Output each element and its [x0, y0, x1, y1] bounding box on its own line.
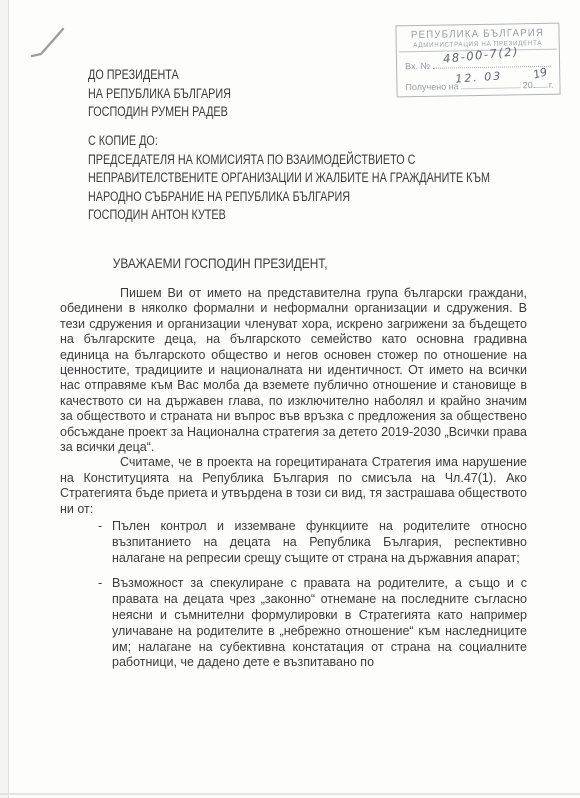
bullet-list: - Пълен контрол и изземване функциите на…	[60, 519, 527, 671]
intake-stamp: РЕПУБЛИКА БЪЛГАРИЯ АДМИНИСТРАЦИЯ НА ПРЕЗ…	[395, 23, 560, 98]
copy-to-line: С КОПИЕ ДО:	[88, 132, 490, 151]
recipient-line: ГОСПОДИН РУМЕН РАДЕВ	[88, 103, 231, 122]
stamp-entry-dotted-line	[433, 65, 551, 69]
bullet-dash: -	[98, 576, 102, 592]
scan-left-margin	[0, 0, 8, 798]
bullet-dash: -	[98, 519, 102, 535]
stamp-received-row: Получено на 20 г. 12. 03 19	[397, 71, 559, 95]
letter-body: Пишем Ви от името на представителна груп…	[60, 286, 527, 671]
stamp-entry-no-label: Вх. №	[405, 61, 430, 71]
stamp-org-line2: АДМИНИСТРАЦИЯ НА ПРЕЗИДЕНТА	[403, 40, 553, 50]
body-paragraph-2: Считаме, че в проекта на горецитираната …	[60, 455, 527, 517]
salutation: УВАЖАЕМИ ГОСПОДИН ПРЕЗИДЕНТ,	[60, 256, 328, 271]
copy-to-line: НЕПРАВИТЕЛСТВЕНИТЕ ОРГАНИЗАЦИИ И ЖАЛБИТЕ…	[88, 169, 490, 188]
recipient-block: ДО ПРЕЗИДЕНТА НА РЕПУБЛИКА БЪЛГАРИЯ ГОСП…	[88, 66, 231, 122]
bullet-text: Възможност за спекулиране с правата на р…	[112, 576, 527, 669]
stamp-year-suffix: г.	[549, 80, 554, 90]
stamp-received-dotted-line	[462, 86, 521, 89]
bullet-item: - Пълен контрол и изземване функциите на…	[60, 519, 527, 566]
bullet-item: - Възможност за спекулиране с правата на…	[60, 576, 527, 671]
copy-to-block: С КОПИЕ ДО: ПРЕДСЕДАТЕЛЯ НА КОМИСИЯТА ПО…	[88, 132, 490, 225]
stamp-org-line1: РЕПУБЛИКА БЪЛГАРИЯ	[405, 27, 551, 42]
recipient-line: ДО ПРЕЗИДЕНТА	[88, 66, 231, 85]
bullet-text: Пълен контрол и изземване функциите на р…	[112, 519, 527, 565]
stamp-received-label: Получено на	[405, 81, 458, 92]
recipient-line: НА РЕПУБЛИКА БЪЛГАРИЯ	[88, 85, 231, 104]
stamp-entry-row: Вх. № 48-00-7(2)	[397, 50, 559, 74]
stamp-received-value: 12. 03	[455, 69, 503, 85]
copy-to-line: ПРЕДСЕДАТЕЛЯ НА КОМИСИЯТА ПО ВЗАИМОДЕЙСТ…	[88, 151, 490, 170]
copy-to-line: НАРОДНО СЪБРАНИЕ НА РЕПУБЛИКА БЪЛГАРИЯ	[88, 188, 490, 207]
scan-page: РЕПУБЛИКА БЪЛГАРИЯ АДМИНИСТРАЦИЯ НА ПРЕЗ…	[0, 0, 580, 798]
copy-to-line: ГОСПОДИН АНТОН КУТЕВ	[88, 206, 490, 225]
stamp-header: РЕПУБЛИКА БЪЛГАРИЯ АДМИНИСТРАЦИЯ НА ПРЕЗ…	[398, 24, 556, 53]
body-paragraph-1: Пишем Ви от името на представителна груп…	[60, 286, 527, 455]
stamp-year-dotted-line	[534, 86, 548, 88]
pen-check-mark-icon	[25, 18, 75, 64]
scan-bottom-edge	[0, 793, 580, 795]
scan-left-edge-line	[8, 0, 9, 798]
stamp-year-printed: 20	[523, 80, 533, 90]
